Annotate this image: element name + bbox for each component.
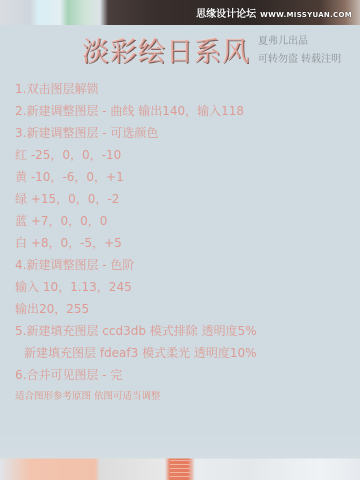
step-item: 4.新建调整图层 - 色阶 (15, 254, 257, 276)
step-item: 1.双击图层解锁 (15, 78, 257, 100)
bag-strap-detail (170, 460, 190, 480)
watermark: 思缘设计论坛WWW.MISSYUAN.COM (196, 5, 352, 20)
step-item: 6.合并可见图层 - 完 (15, 364, 257, 386)
step-item: 红 -25，0，0，-10 (15, 144, 257, 166)
steps-list: 1.双击图层解锁 2.新建调整图层 - 曲线 输出140，输入118 3.新建调… (15, 78, 257, 402)
step-item: 2.新建调整图层 - 曲线 输出140，输入118 (15, 100, 257, 122)
tutorial-panel: 淡彩绘日系风 夏弗儿出品 可转勿盗 转载注明 1.双击图层解锁 2.新建调整图层… (0, 25, 360, 430)
step-item: 绿 +15，0，0，-2 (15, 188, 257, 210)
author-credit: 夏弗儿出品 (258, 32, 308, 47)
step-item: 输出20，255 (15, 298, 257, 320)
watermark-site-name: 思缘设计论坛 (196, 9, 256, 20)
step-item: 5.新建填充图层 ccd3db 模式排除 透明度5% (15, 320, 257, 342)
top-photo-strip: 思缘设计论坛WWW.MISSYUAN.COM (0, 0, 360, 25)
step-item: 黄 -10，-6，0，+1 (15, 166, 257, 188)
step-item: 白 +8，0，-5，+5 (15, 232, 257, 254)
step-item: 蓝 +7，0，0，0 (15, 210, 257, 232)
step-item: 3.新建调整图层 - 可选颜色 (15, 122, 257, 144)
adjustment-note: 适合图形参考原图 依图可适当调整 (15, 388, 257, 402)
step-item: 输入 10，1.13，245 (15, 276, 257, 298)
step-item: 新建填充图层 fdeaf3 模式柔光 透明度10% (15, 342, 257, 364)
page-title: 淡彩绘日系风 (82, 30, 250, 69)
copyright-notice: 可转勿盗 转载注明 (258, 50, 341, 65)
watermark-url: WWW.MISSYUAN.COM (260, 11, 352, 19)
